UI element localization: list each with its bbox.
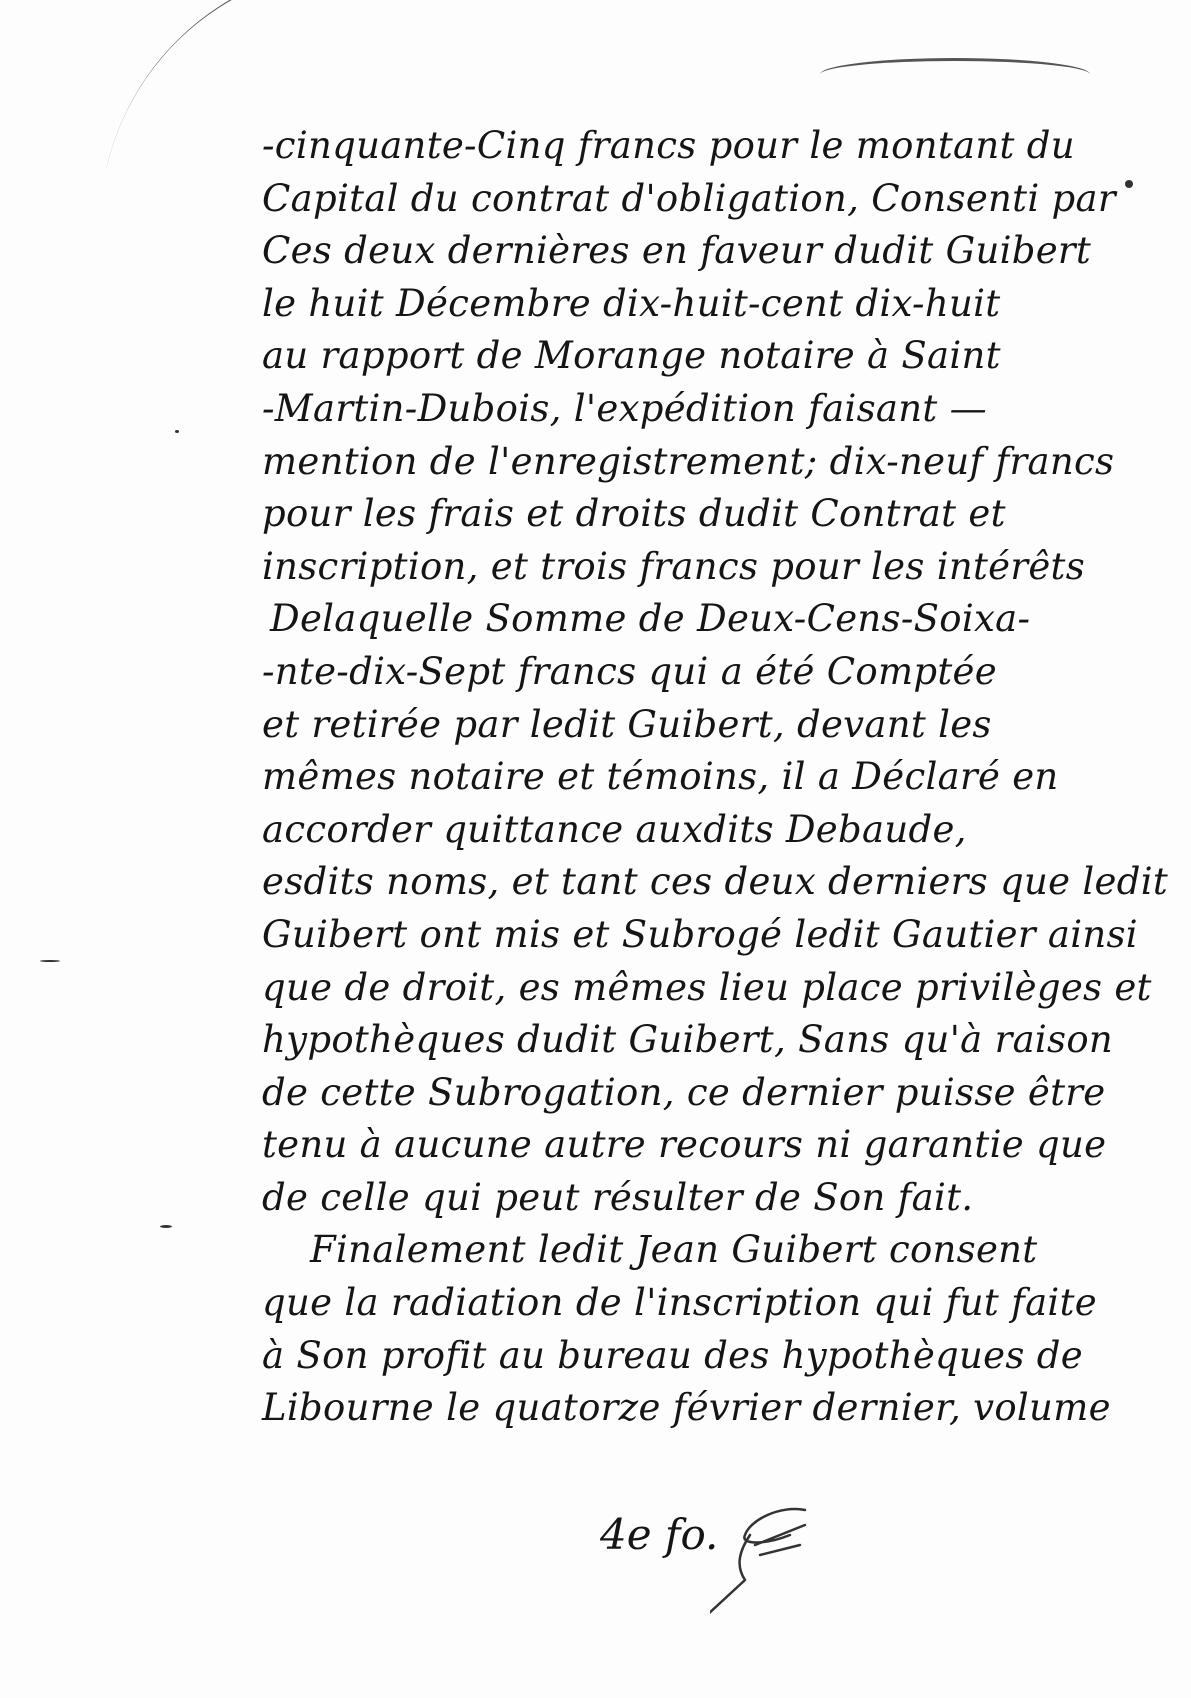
text-line: inscription, et trois francs pour les in… [262,541,1162,594]
text-line: Guibert ont mis et Subrogé ledit Gautier… [262,909,1162,962]
ink-speck [40,960,60,962]
text-line: -nte-dix-Sept francs qui a été Comptée [262,646,1162,699]
text-line: Libourne le quatorze février dernier, vo… [262,1382,1162,1435]
text-line: esdits noms, et tant ces deux derniers q… [262,856,1162,909]
text-line: hypothèques dudit Guibert, Sans qu'à rai… [262,1014,1162,1067]
folio-note: 4e fo. [600,1510,718,1559]
paraph-signature-icon [710,1490,830,1650]
text-line: et retirée par ledit Guibert, devant les [262,699,1162,752]
manuscript-text: -cinquante-Cinq francs pour le montant d… [262,120,1162,1435]
manuscript-page: -cinquante-Cinq francs pour le montant d… [0,0,1191,1698]
ink-speck [175,430,179,433]
text-line: mêmes notaire et témoins, il a Déclaré e… [262,751,1162,804]
text-line: accorder quittance auxdits Debaude, [262,804,1162,857]
ink-speck [1125,180,1133,188]
text-line: le huit Décembre dix-huit-cent dix-huit [262,278,1162,331]
text-line: mention de l'enregistrement; dix-neuf fr… [262,436,1162,489]
text-line: Ces deux dernières en faveur dudit Guibe… [262,225,1162,278]
text-line: Delaquelle Somme de Deux-Cens-Soixa- [262,593,1162,646]
text-line: que de droit, es mêmes lieu place privil… [262,962,1162,1015]
text-line: -Martin-Dubois, l'expédition faisant — [262,383,1162,436]
text-line: à Son profit au bureau des hypothèques d… [262,1330,1162,1383]
text-line: pour les frais et droits dudit Contrat e… [262,488,1162,541]
text-line: de cette Subrogation, ce dernier puisse … [262,1067,1162,1120]
text-line: Finalement ledit Jean Guibert consent [262,1224,1162,1277]
text-line: au rapport de Morange notaire à Saint [262,330,1162,383]
text-line: Capital du contrat d'obligation, Consent… [262,173,1162,226]
text-line: de celle qui peut résulter de Son fait. [262,1172,1162,1225]
pen-stroke-top-right [820,58,1090,91]
text-line: que la radiation de l'inscription qui fu… [262,1277,1162,1330]
text-line: -cinquante-Cinq francs pour le montant d… [262,120,1162,173]
ink-speck [160,1225,172,1228]
text-line: tenu à aucune autre recours ni garantie … [262,1119,1162,1172]
